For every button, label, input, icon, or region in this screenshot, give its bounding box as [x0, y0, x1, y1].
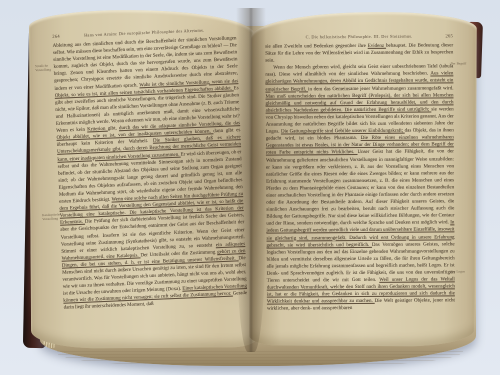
right-page-body-paragraph-1: sie allen Zweifeln und Bedenken gegenübe…: [265, 42, 453, 65]
left-page: 264 Hans von Arnim: Die europäische Phil…: [29, 9, 257, 349]
right-page-head: C. Die hellenistische Philosophie. III. …: [265, 33, 453, 39]
right-page-body-paragraph-2: Wenn der Mensch geboren wird, gleicht se…: [265, 64, 455, 314]
right-running-header: C. Die hellenistische Philosophie. III. …: [281, 33, 437, 39]
left-margin-note-1: Sinnliche Vorstellung: [35, 64, 59, 72]
left-margin-note-2: Kataleptische Vorstellung: [42, 213, 66, 221]
left-head-spacer: [220, 30, 236, 31]
left-page-body-text: Ableitung aus den sinnlichen und durch d…: [53, 35, 248, 312]
right-page: C. Die hellenistische Philosophie. III. …: [249, 11, 477, 346]
left-page-number: 264: [52, 33, 68, 39]
right-margin-note-2: Der Logos: [451, 270, 475, 274]
photo-background: 264 Hans von Arnim: Die europäische Phil…: [0, 0, 500, 375]
right-page-number: 265: [437, 33, 453, 38]
open-book: 264 Hans von Arnim: Die europäische Phil…: [20, 4, 482, 368]
right-margin-note-1: Der Begriff: [451, 62, 475, 66]
